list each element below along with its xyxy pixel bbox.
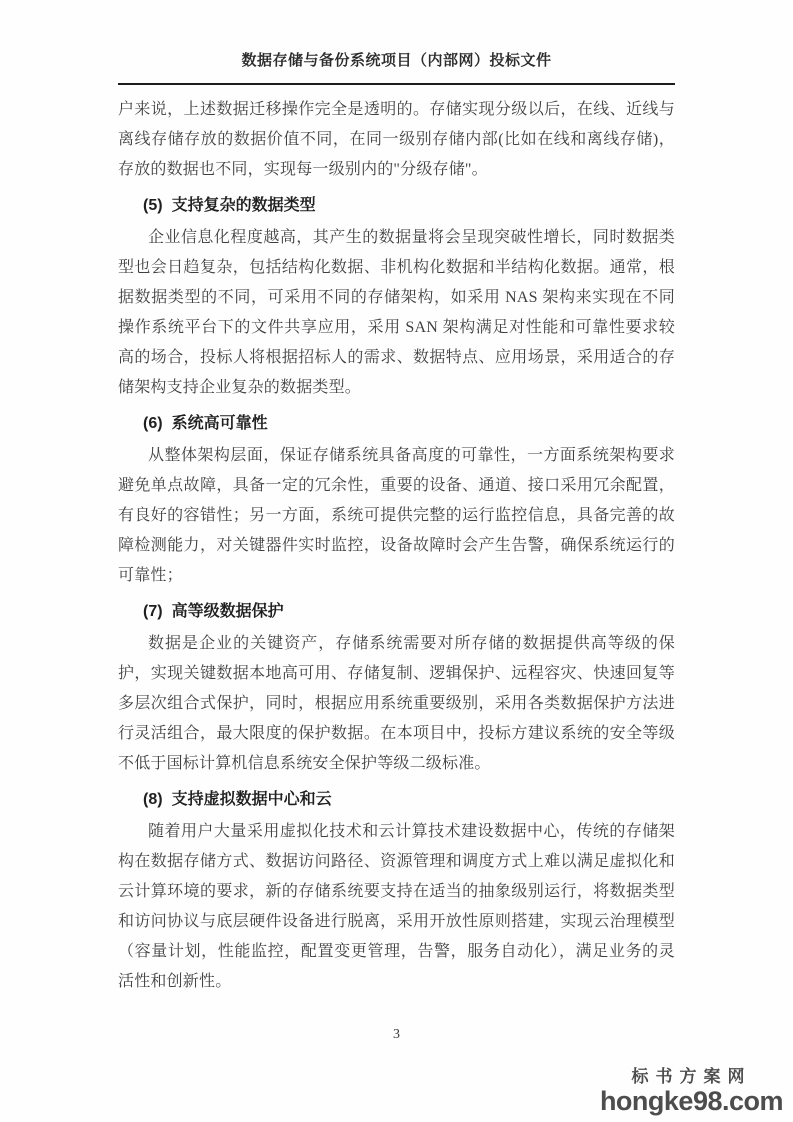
watermark-site-name: 标书方案网 <box>600 1068 783 1085</box>
section-7-number: (7) <box>143 603 163 620</box>
section-7-title: 高等级数据保护 <box>172 603 284 620</box>
header-divider <box>118 83 675 85</box>
section-7: (7)高等级数据保护 数据是企业的关键资产，存储系统需要对所存储的数据提供高等级… <box>118 597 675 779</box>
section-5-paragraph: 企业信息化程度越高，其产生的数据量将会呈现突破性增长，同时数据类型也会日趋复杂，… <box>118 223 675 403</box>
section-8-paragraph: 随着用户大量采用虚拟化技术和云计算技术建设数据中心，传统的存储架构在数据存储方式… <box>118 817 675 997</box>
section-6: (6)系统高可靠性 从整体架构层面，保证存储系统具备高度的可靠性，一方面系统架构… <box>118 409 675 591</box>
watermark-site-url: hongke98.com <box>600 1088 783 1115</box>
site-watermark: 标书方案网 hongke98.com <box>600 1068 783 1115</box>
page-number: 3 <box>0 1026 793 1044</box>
document-page: 数据存储与备份系统项目（内部网）投标文件 户来说，上述数据迁移操作完全是透明的。… <box>0 0 793 1122</box>
document-title: 数据存储与备份系统项目（内部网）投标文件 <box>118 52 675 70</box>
section-6-paragraph: 从整体架构层面，保证存储系统具备高度的可靠性，一方面系统架构要求避免单点故障，具… <box>118 441 675 591</box>
section-5-heading: (5)支持复杂的数据类型 <box>143 191 675 221</box>
document-body: 户来说，上述数据迁移操作完全是透明的。存储实现分级以后，在线、近线与离线存储存放… <box>118 95 675 997</box>
intro-paragraph: 户来说，上述数据迁移操作完全是透明的。存储实现分级以后，在线、近线与离线存储存放… <box>118 95 675 185</box>
page-header: 数据存储与备份系统项目（内部网）投标文件 <box>118 0 675 70</box>
section-6-number: (6) <box>143 415 163 432</box>
section-8-number: (8) <box>143 791 163 808</box>
section-5-title: 支持复杂的数据类型 <box>172 197 316 214</box>
section-6-title: 系统高可靠性 <box>172 415 268 432</box>
section-5: (5)支持复杂的数据类型 企业信息化程度越高，其产生的数据量将会呈现突破性增长，… <box>118 191 675 403</box>
section-5-number: (5) <box>143 197 163 214</box>
section-7-paragraph: 数据是企业的关键资产，存储系统需要对所存储的数据提供高等级的保护，实现关键数据本… <box>118 629 675 779</box>
section-8: (8)支持虚拟数据中心和云 随着用户大量采用虚拟化技术和云计算技术建设数据中心，… <box>118 785 675 997</box>
section-8-title: 支持虚拟数据中心和云 <box>172 791 332 808</box>
section-6-heading: (6)系统高可靠性 <box>143 409 675 439</box>
section-7-heading: (7)高等级数据保护 <box>143 597 675 627</box>
section-8-heading: (8)支持虚拟数据中心和云 <box>143 785 675 815</box>
